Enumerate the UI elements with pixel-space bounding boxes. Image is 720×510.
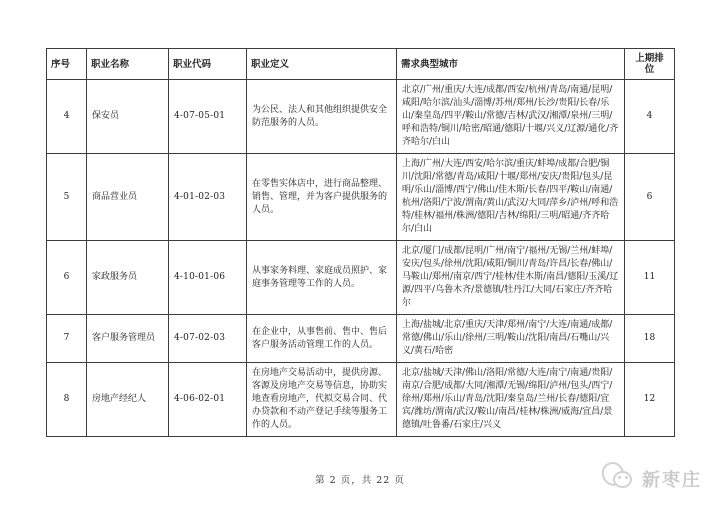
cell-rank: 4 — [625, 80, 675, 154]
cell-no: 6 — [47, 241, 87, 315]
cell-cities: 北京/盐城/天津/佛山/洛阳/常德/大连/南宁/南通/贵阳/南京/合肥/成都/大… — [397, 363, 625, 437]
col-header-rank: 上期排位 — [625, 49, 675, 80]
cell-rank: 12 — [625, 363, 675, 437]
table-row: 5 商品营业员 4-01-02-03 在零售实体店中，进行商品整理、销售、管理，… — [47, 154, 675, 241]
col-header-code: 职业代码 — [169, 49, 247, 80]
cell-occupation-name: 保安员 — [87, 80, 169, 154]
cell-definition: 为公民、法人和其他组织提供安全防范服务的人员。 — [247, 80, 397, 154]
cell-cities: 上海/盐城/北京/重庆/天津/郑州/南宁/大连/南通/成都/常德/佛山/乐山/徐… — [397, 315, 625, 363]
cell-occupation-name: 家政服务员 — [87, 241, 169, 315]
cell-rank: 6 — [625, 154, 675, 241]
cell-definition: 在企业中，从事售前、售中、售后客户服务活动管理工作的人员。 — [247, 315, 397, 363]
cell-rank: 11 — [625, 241, 675, 315]
col-header-name: 职业名称 — [87, 49, 169, 80]
cell-no: 8 — [47, 363, 87, 437]
table-row: 7 客户服务管理员 4-07-02-03 在企业中，从事售前、售中、售后客户服务… — [47, 315, 675, 363]
cell-cities: 上海/广州/大连/西安/哈尔滨/重庆/蚌埠/成都/合肥/铜川/沈阳/常德/青岛/… — [397, 154, 625, 241]
cell-occupation-name: 客户服务管理员 — [87, 315, 169, 363]
cell-occupation-name: 房地产经纪人 — [87, 363, 169, 437]
table-row: 8 房地产经纪人 4-06-02-01 在房地产交易活动中，提供房源、客源及房地… — [47, 363, 675, 437]
cell-no: 5 — [47, 154, 87, 241]
table-row: 6 家政服务员 4-10-01-06 从事家务料理、家庭成员照护、家庭事务管理等… — [47, 241, 675, 315]
cell-occupation-code: 4-10-01-06 — [169, 241, 247, 315]
cell-occupation-code: 4-01-02-03 — [169, 154, 247, 241]
watermark-label: 新枣庄 — [642, 466, 702, 492]
table-row: 4 保安员 4-07-05-01 为公民、法人和其他组织提供安全防范服务的人员。… — [47, 80, 675, 154]
cell-rank: 18 — [625, 315, 675, 363]
cell-definition: 在房地产交易活动中，提供房源、客源及房地产交易等信息，协助实地查看房地产，代拟交… — [247, 363, 397, 437]
col-header-no: 序号 — [47, 49, 87, 80]
cell-no: 7 — [47, 315, 87, 363]
cell-cities: 北京/厦门/成都/昆明/广州/南宁/福州/无锡/兰州/蚌埠/安庆/包头/徐州/沈… — [397, 241, 625, 315]
table-header-row: 序号 职业名称 职业代码 职业定义 需求典型城市 上期排位 — [47, 49, 675, 80]
cell-definition: 从事家务料理、家庭成员照护、家庭事务管理等工作的人员。 — [247, 241, 397, 315]
col-header-definition: 职业定义 — [247, 49, 397, 80]
cell-definition: 在零售实体店中，进行商品整理、销售、管理，并为客户提供服务的人员。 — [247, 154, 397, 241]
cell-occupation-code: 4-07-02-03 — [169, 315, 247, 363]
publisher-watermark: 新枣庄 — [598, 458, 718, 502]
cell-cities: 北京/广州/重庆/大连/成都/西安/杭州/青岛/南通/昆明/咸阳/哈尔滨/汕头/… — [397, 80, 625, 154]
cell-occupation-code: 4-07-05-01 — [169, 80, 247, 154]
occupation-ranking-table: 序号 职业名称 职业代码 职业定义 需求典型城市 上期排位 4 保安员 4-07… — [46, 48, 675, 437]
cell-occupation-code: 4-06-02-01 — [169, 363, 247, 437]
col-header-cities: 需求典型城市 — [397, 49, 625, 80]
xinzaozhuang-logo-icon — [602, 462, 636, 496]
cell-occupation-name: 商品营业员 — [87, 154, 169, 241]
cell-no: 4 — [47, 80, 87, 154]
